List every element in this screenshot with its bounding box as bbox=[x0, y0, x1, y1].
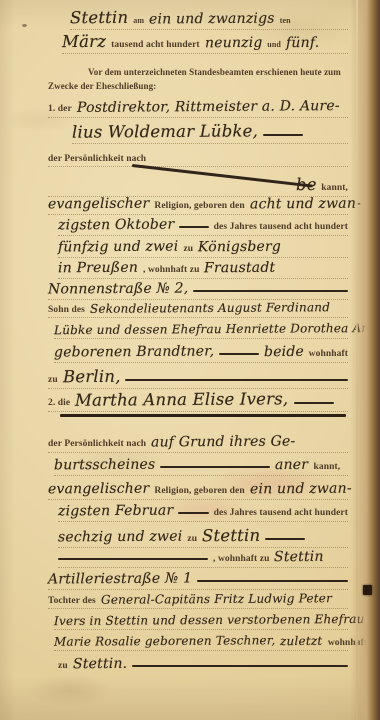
groom-wohnhaft-label: , wohnhaft zu bbox=[143, 265, 199, 275]
groom-beide-handwritten: beide bbox=[264, 344, 304, 360]
groom-birthplace-cont-handwritten: in Preußen bbox=[58, 260, 138, 277]
bride-religion-line: evangelischer Religion, geboren den ein … bbox=[48, 481, 348, 500]
groom-birthday-part2-handwritten: zigsten Oktober bbox=[58, 217, 174, 234]
groom-wohnhaft2-label: wohnhaft bbox=[309, 349, 348, 359]
ink-stroke bbox=[58, 558, 208, 560]
groom-name-line: lius Woldemar Lübke, bbox=[72, 122, 348, 144]
groom-street-line: Nonnenstraße № 2, bbox=[48, 281, 348, 300]
intro-line-2: Zwecke der Eheschließung: bbox=[48, 81, 348, 91]
ink-stroke bbox=[193, 290, 348, 292]
und-label: und bbox=[267, 40, 281, 49]
bride-identity-label: der Persönlichkeit nach bbox=[48, 439, 146, 449]
groom-birthyear-line: fünfzig und zwei zu Königsberg bbox=[58, 239, 348, 258]
month-handwritten: März bbox=[62, 32, 106, 51]
ink-stroke-separator bbox=[60, 414, 346, 417]
groom-parents-residence-line: zu Berlin, bbox=[48, 367, 348, 389]
groom-parents-residence-handwritten: Berlin, bbox=[63, 367, 121, 386]
bride-father-handwritten: General-Capitäns Fritz Ludwig Peter bbox=[101, 591, 332, 607]
bride-birthplace-handwritten: Stettin bbox=[202, 526, 260, 545]
groom-religion-label: Religion, geboren den bbox=[154, 201, 244, 211]
groom-zu2-label: zu bbox=[48, 375, 58, 385]
bride-street-line: Artilleriestraße № 1 bbox=[48, 571, 348, 590]
bride-identity-handwritten-1: auf Grund ihres Ge- bbox=[151, 433, 296, 450]
groom-parents-cont-line: Lübke und dessen Ehefrau Henriette Dorot… bbox=[54, 322, 348, 339]
bride-religion-handwritten: evangelischer bbox=[48, 481, 149, 498]
bride-residence-handwritten: Stettin bbox=[274, 549, 324, 565]
groom-occupation-line: 1. der Postdirektor, Rittmeister a. D. A… bbox=[48, 99, 348, 118]
groom-son-label: Sohn des bbox=[48, 305, 85, 315]
bride-mother-handwritten: Marie Rosalie geborenen Teschner, bbox=[54, 633, 276, 649]
bride-birthday-line: zigsten Februar des Jahres tausend acht … bbox=[58, 503, 348, 522]
ink-stroke bbox=[294, 402, 334, 404]
ink-stroke bbox=[179, 226, 208, 228]
groom-father-line: Sohn des Sekondelieutenants August Ferdi… bbox=[48, 301, 348, 318]
bride-zu-label: zu bbox=[187, 534, 197, 544]
day-handwritten: ein und zwanzigs bbox=[149, 11, 275, 28]
am-label: am bbox=[133, 16, 144, 25]
groom-birthplace-handwritten: Königsberg bbox=[198, 239, 281, 256]
groom-identity-handwritten: be bbox=[295, 175, 316, 194]
groom-index-label: 1. der bbox=[48, 104, 72, 114]
bride-jahres-label: des Jahres tausend acht hundert bbox=[214, 508, 348, 518]
bride-father-line: Tochter des General-Capitäns Fritz Ludwi… bbox=[48, 592, 348, 609]
intro-line-1: Vor dem unterzeichneten Standesbeamten e… bbox=[88, 67, 348, 77]
bride-mother-line: Marie Rosalie geborenen Teschner, zuletz… bbox=[54, 634, 348, 651]
ink-stroke bbox=[125, 379, 348, 381]
year-ones-handwritten: fünf. bbox=[286, 35, 319, 51]
bride-name-line: 2. die Martha Anna Elise Ivers, bbox=[48, 390, 348, 412]
ink-speck bbox=[22, 24, 27, 27]
place-handwritten: Stettin bbox=[70, 8, 128, 27]
header-year-line: März tausend acht hundert neunzig und fü… bbox=[62, 32, 348, 54]
ink-stroke bbox=[263, 134, 303, 136]
bride-identity-line: der Persönlichkeit nach auf Grund ihres … bbox=[48, 434, 348, 453]
bride-daughter-label: Tochter des bbox=[48, 596, 96, 606]
bride-residence-line: , wohnhaft zu Stettin bbox=[58, 549, 348, 568]
bride-zu2-label: zu bbox=[58, 661, 68, 671]
bride-wohnhaft-label: , wohnhaft zu bbox=[213, 554, 269, 564]
year-printed-label: tausend acht hundert bbox=[111, 40, 200, 50]
bride-wohnhaft2-label: wohnhaft bbox=[328, 638, 367, 648]
groom-residence-line: in Preußen , wohnhaft zu Fraustadt bbox=[58, 260, 348, 279]
groom-parents-cont-handwritten: Lübke und dessen Ehefrau Henriette Dorot… bbox=[54, 321, 380, 337]
groom-religion-handwritten: evangelischer bbox=[48, 196, 149, 213]
groom-bekannt-line: be kannt, bbox=[48, 175, 348, 197]
bride-parents-residence-line: zu Stettin. bbox=[58, 656, 348, 672]
groom-religion-line: evangelischer Religion, geboren den acht… bbox=[48, 196, 348, 215]
intro-text-1: Vor dem unterzeichneten Standesbeamten e… bbox=[88, 67, 341, 77]
groom-mother-line: geborenen Brandtner, beide wohnhaft bbox=[54, 344, 348, 363]
marriage-register-page: Stettin am ein und zwanzigs ten März tau… bbox=[0, 0, 380, 720]
ink-stroke bbox=[197, 580, 348, 582]
ink-stroke bbox=[178, 512, 208, 514]
bride-street-handwritten: Artilleriestraße № 1 bbox=[48, 570, 192, 587]
groom-name-handwritten: lius Woldemar Lübke, bbox=[72, 121, 258, 141]
bride-kannt-label: kannt, bbox=[314, 462, 341, 472]
intro-text-2: Zwecke der Eheschließung: bbox=[48, 81, 156, 91]
groom-jahres-label: des Jahres tausend acht hundert bbox=[214, 222, 348, 232]
header-place-date-line: Stettin am ein und zwanzigs ten bbox=[70, 8, 348, 30]
bride-parents-cont-handwritten: Ivers in Stettin und dessen verstorbenen… bbox=[54, 612, 365, 628]
groom-residence-handwritten: Fraustadt bbox=[204, 260, 275, 276]
bride-identity-handwritten-3: aner bbox=[275, 457, 308, 473]
groom-father-handwritten: Sekondelieutenants August Ferdinand bbox=[90, 300, 330, 316]
bride-index-label: 2. die bbox=[48, 398, 70, 408]
groom-identity-line: der Persönlichkeit nach bbox=[48, 154, 348, 167]
groom-mother-maiden-handwritten: geborenen Brandtner, bbox=[54, 343, 214, 360]
margin-ink-mark bbox=[363, 585, 372, 595]
groom-identity-label: der Persönlichkeit nach bbox=[48, 154, 146, 164]
bride-identity-handwritten-2: burtsscheines bbox=[54, 457, 155, 474]
bride-parents-cont-line: Ivers in Stettin und dessen verstorbenen… bbox=[54, 613, 348, 630]
bride-birthyear-handwritten: sechzig und zwei bbox=[58, 529, 182, 546]
groom-birthday-line: zigsten Oktober des Jahres tausend acht … bbox=[58, 217, 348, 236]
bride-birthday-part2-handwritten: zigsten Februar bbox=[58, 503, 173, 520]
groom-street-handwritten: Nonnenstraße № 2, bbox=[48, 281, 189, 298]
groom-birthday-part1-handwritten: acht und zwan- bbox=[250, 196, 361, 213]
bride-birthday-part1-handwritten: ein und zwan- bbox=[250, 481, 352, 498]
ten-suffix-label: ten bbox=[280, 16, 291, 25]
bride-anerkannt-line: burtsscheines aner kannt, bbox=[54, 457, 348, 476]
bride-name-handwritten: Martha Anna Elise Ivers, bbox=[75, 389, 288, 409]
groom-zu-label: zu bbox=[183, 244, 193, 254]
bride-parents-residence-handwritten: Stettin. bbox=[73, 656, 127, 672]
ink-stroke bbox=[219, 353, 258, 355]
bride-religion-label: Religion, geboren den bbox=[154, 486, 244, 496]
ink-stroke bbox=[132, 665, 348, 667]
bride-birthyear-line: sechzig und zwei zu Stettin bbox=[58, 526, 348, 548]
ink-stroke bbox=[160, 466, 270, 468]
year-tens-handwritten: neunzig bbox=[205, 35, 263, 51]
groom-kannt-label: kannt, bbox=[321, 183, 348, 193]
bride-zuletzt-handwritten: zuletzt bbox=[280, 634, 322, 648]
ink-stroke bbox=[265, 538, 305, 540]
groom-occupation-handwritten: Postdirektor, Rittmeister a. D. Aure- bbox=[77, 98, 340, 116]
groom-birthyear-handwritten: fünfzig und zwei bbox=[58, 239, 179, 256]
